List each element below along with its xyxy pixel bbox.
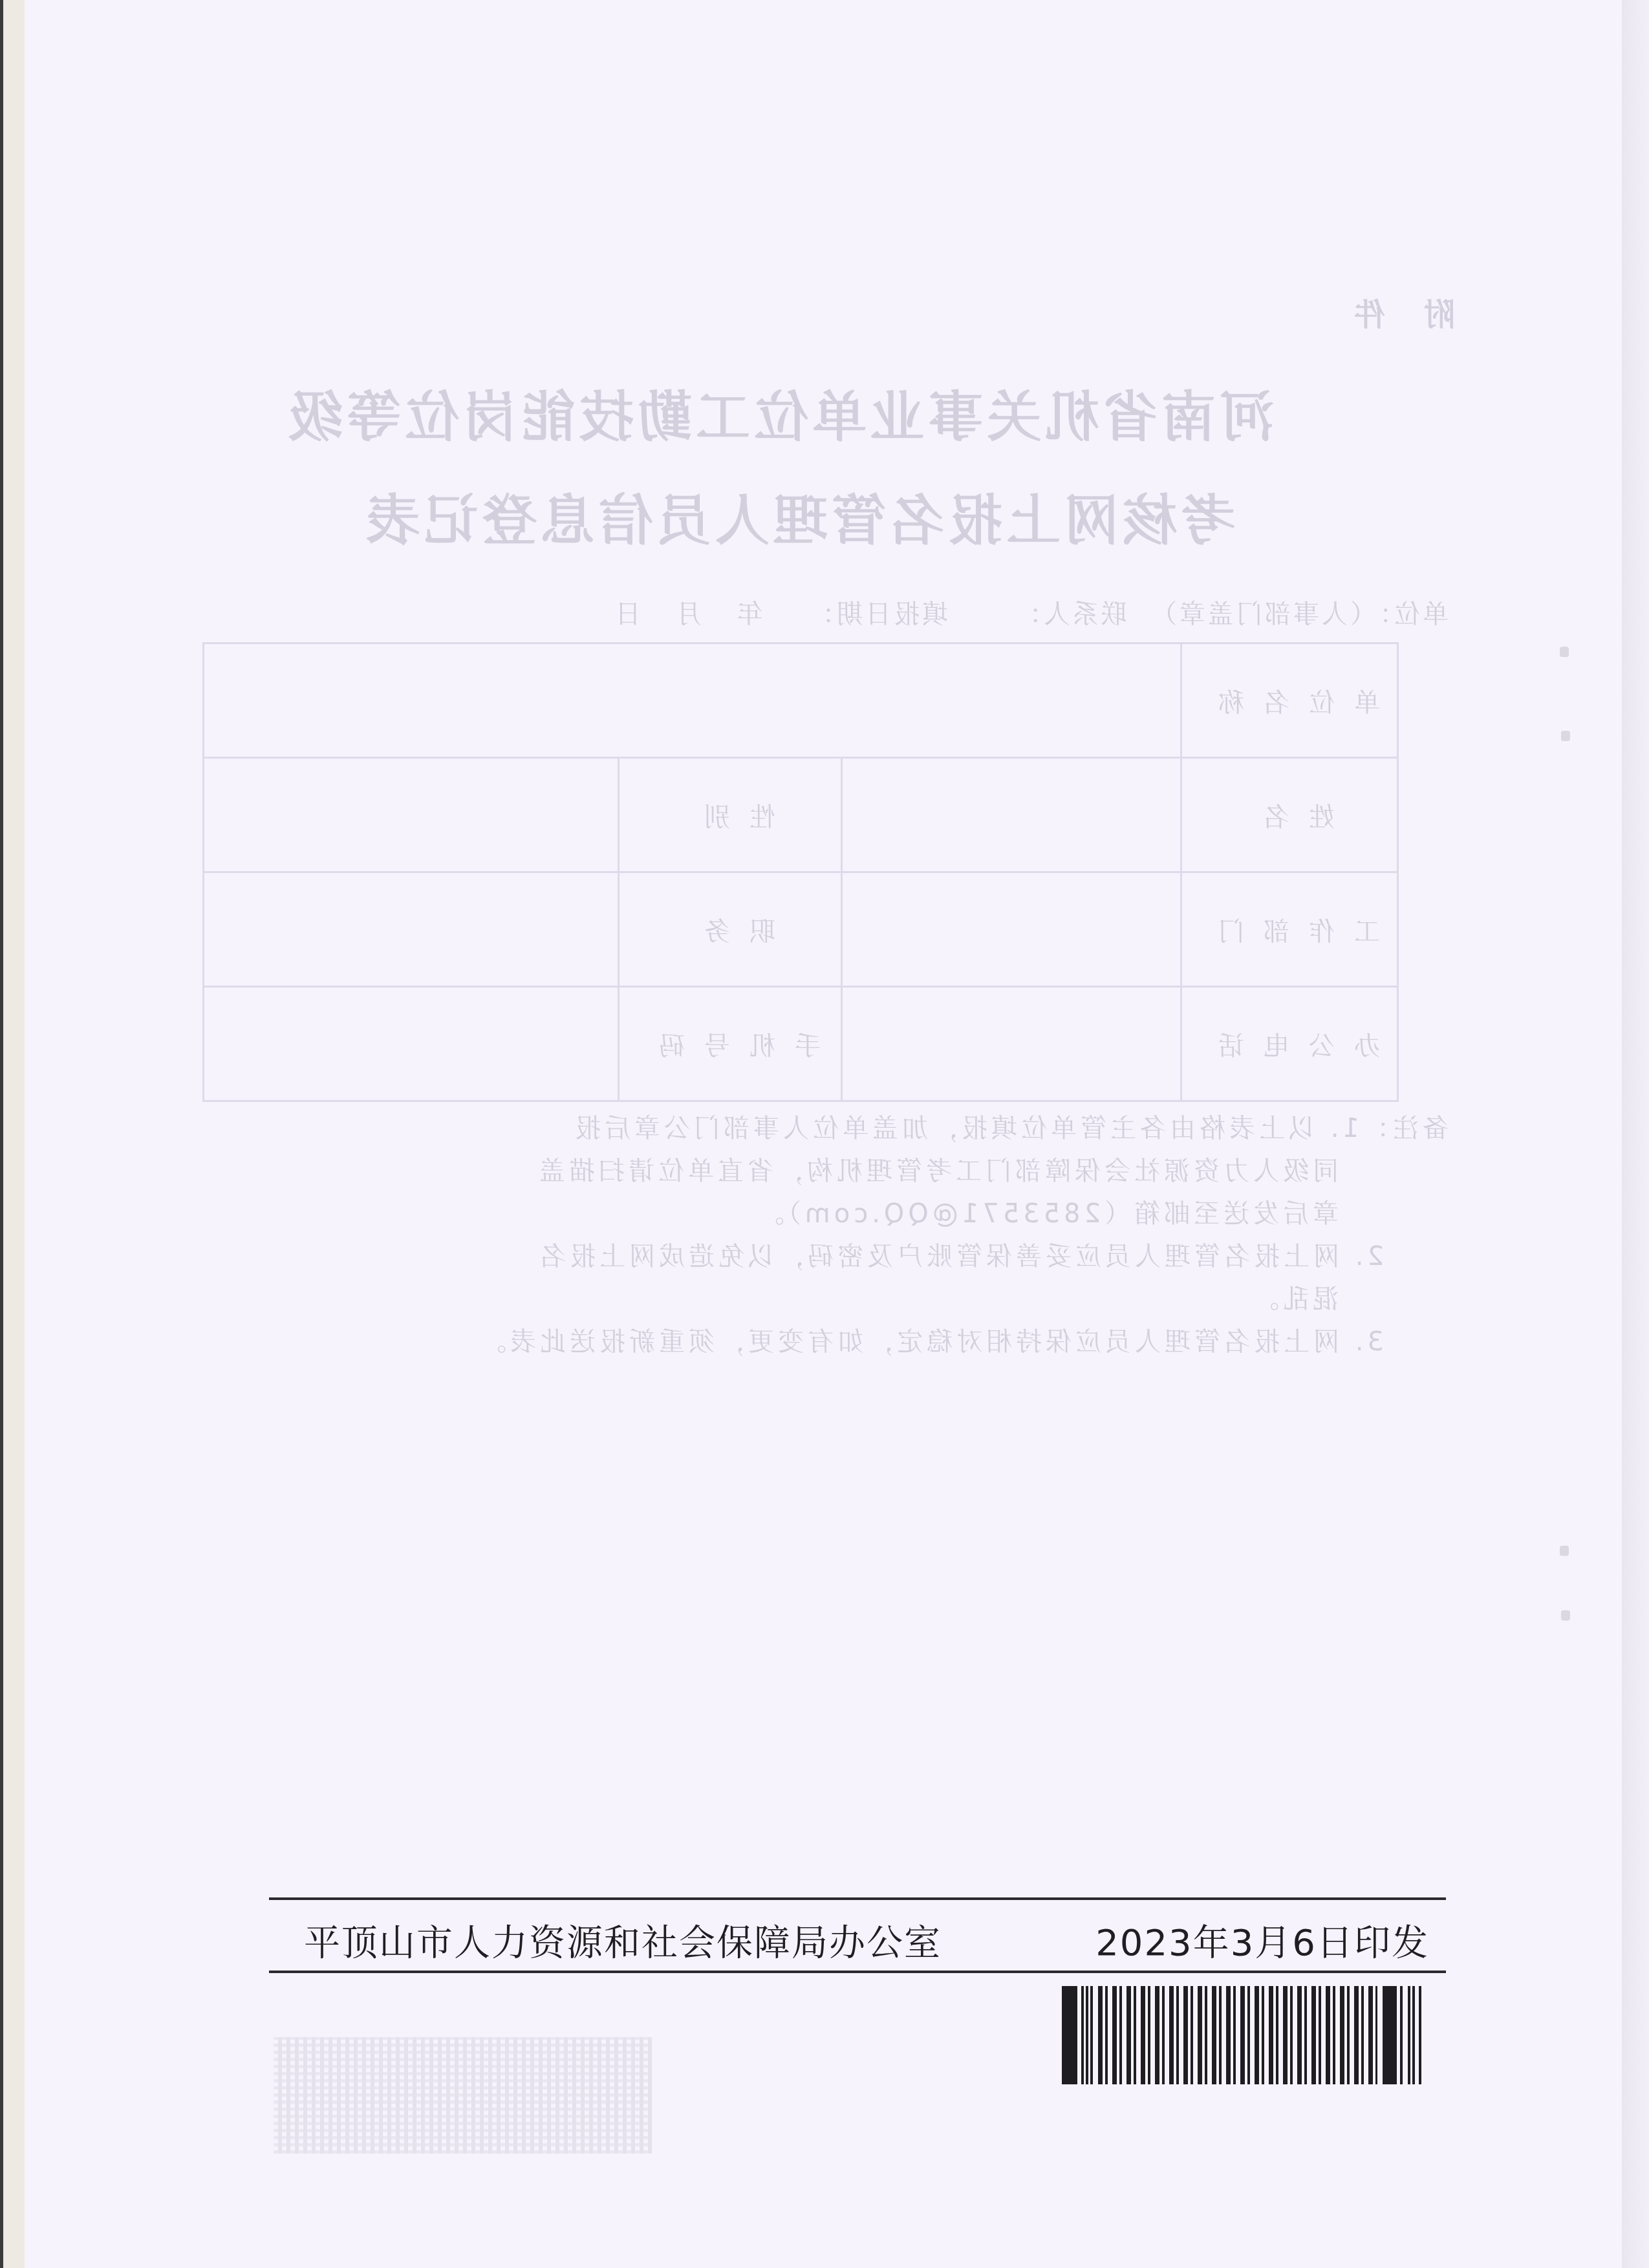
staple-hole (1561, 731, 1570, 741)
scan-right-edge (1622, 0, 1649, 2268)
footer-bottom-rule (269, 1971, 1446, 1973)
pdf417-barcode-icon (1062, 1986, 1421, 2084)
staple-hole (1561, 1610, 1570, 1621)
issue-date: 2023年3月6日印发 (1095, 1914, 1429, 1966)
footer-top-rule (269, 1897, 1446, 1900)
staple-hole (1560, 647, 1569, 657)
issuing-office: 平顶山市人力资源和社会保障局办公室 (304, 1914, 942, 1966)
scan-left-edge (0, 0, 25, 2268)
staple-hole (1560, 1546, 1569, 1556)
barcode-data-region (1098, 1986, 1377, 2084)
